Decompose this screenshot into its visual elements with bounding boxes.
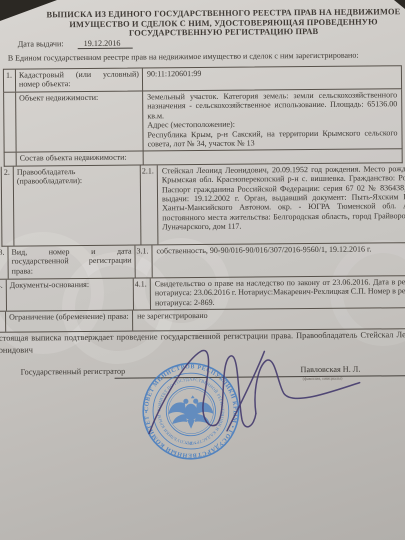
- document-photo: { "header": { "title_line1": "ВЫПИСКА ИЗ…: [0, 0, 405, 540]
- paper-sheet: ВЫПИСКА ИЗ ЕДИНОГО ГОСУДАРСТВЕННОГО РЕЕС…: [0, 0, 405, 540]
- document-content: ВЫПИСКА ИЗ ЕДИНОГО ГОСУДАРСТВЕННОГО РЕЕС…: [0, 0, 405, 540]
- handwritten-signature: [0, 0, 405, 540]
